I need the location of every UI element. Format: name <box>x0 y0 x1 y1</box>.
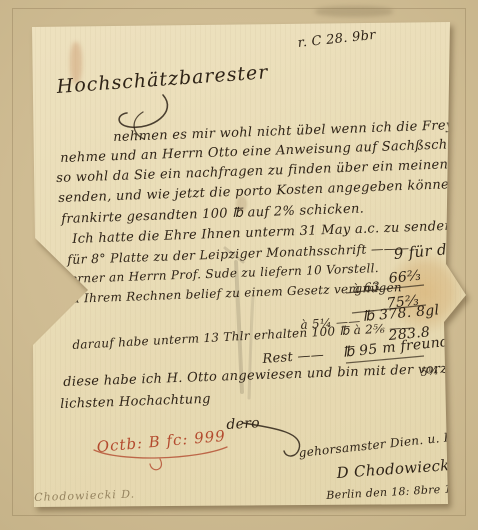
closing-dero: dero <box>226 415 260 433</box>
dateline: Berlin den 18: 8bre 1794. <box>326 481 478 502</box>
letter-sheet-shadow: r. C 28. 9br Hochschätzbarester nehmen e… <box>0 0 478 530</box>
docket-note: r. C 28. 9br <box>297 28 376 51</box>
signature: D Chodowiecki <box>336 456 455 482</box>
red-ink-docket: Octb: B fc: 999 <box>96 427 226 456</box>
pencil-attribution: Chodowiecki D. <box>34 487 135 504</box>
salutation-flourish <box>119 95 167 127</box>
closing-respect-line: gehorsamster Dien. u. Freund <box>298 426 478 460</box>
amount-rest-label: Rest —— <box>262 348 325 367</box>
letter-sheet: r. C 28. 9br Hochschätzbarester nehmen e… <box>0 0 478 530</box>
red-docket-loop <box>150 459 161 470</box>
salutation: Hochschätzbarester <box>56 61 269 98</box>
scanned-letter-page: r. C 28. 9br Hochschätzbarester nehmen e… <box>0 0 478 530</box>
closing-line: lichsten Hochachtung <box>60 392 211 412</box>
